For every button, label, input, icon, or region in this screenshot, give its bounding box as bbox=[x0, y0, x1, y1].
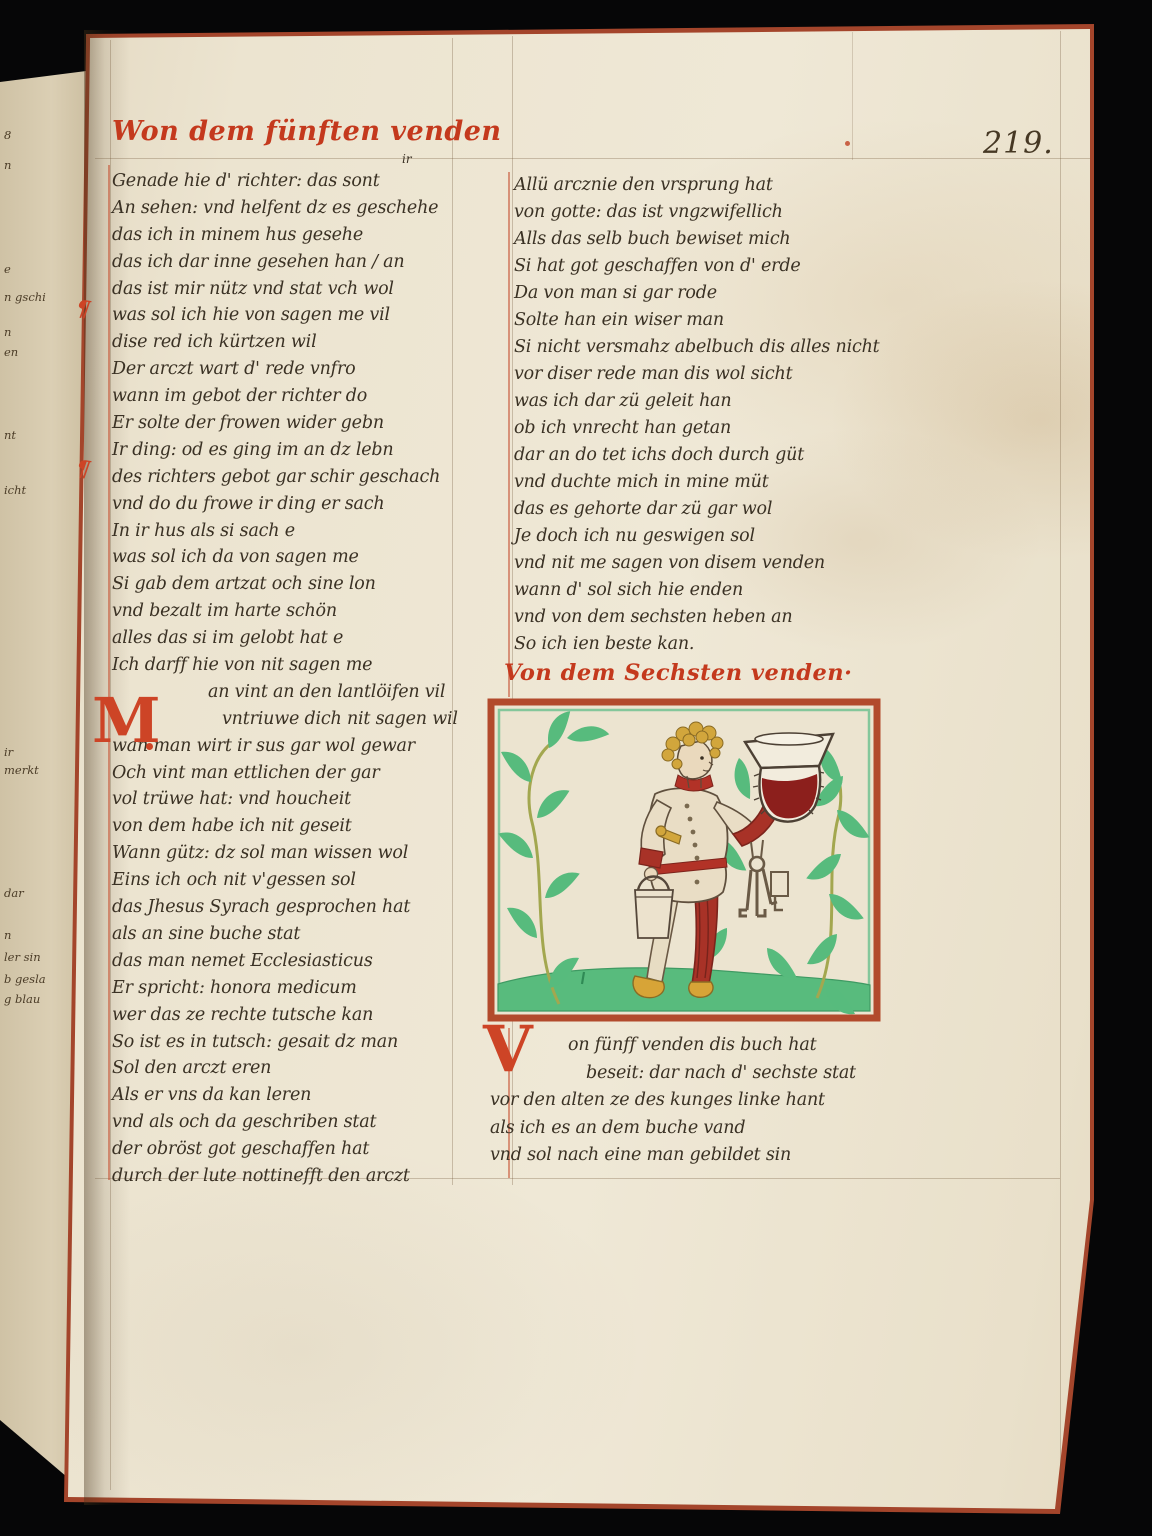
verse-line: Als er vns da kan leren bbox=[112, 1082, 457, 1109]
red-bounding-line-right-upper bbox=[508, 172, 510, 697]
right-column-bottom-lines: on fünff venden dis buch hatbeseit: dar … bbox=[490, 1032, 1050, 1170]
verse-line: Da von man si gar rode bbox=[514, 280, 1060, 307]
verse-line: Si hat got geschaffen von d' erde bbox=[514, 253, 1060, 280]
verse-line: Eins ich och nit v'gessen sol bbox=[112, 867, 457, 894]
shoe-right bbox=[689, 982, 713, 997]
verse-line: der obröst got geschaffen hat bbox=[112, 1136, 457, 1163]
verse-line: vor diser rede man dis wol sicht bbox=[514, 361, 1060, 388]
verse-line: das ich in minem hus gesehe bbox=[112, 222, 457, 249]
red-bounding-line-left bbox=[108, 165, 110, 1180]
ruling-line-col2-right bbox=[1060, 31, 1061, 1491]
verse-line: alles das si im gelobt hat e bbox=[112, 625, 457, 652]
manuscript-photo: 8nen gschinenntichtirmerktdarnler sinb g… bbox=[0, 0, 1152, 1536]
ruling-line-col1-left bbox=[110, 40, 111, 1490]
marginalia-fragment: n bbox=[4, 928, 11, 942]
verse-line: Si gab dem artzat och sine lon bbox=[112, 571, 457, 598]
chapter-heading-fifth: Won dem fünften venden bbox=[112, 116, 502, 147]
verse-line: als ich es an dem buche vand bbox=[490, 1115, 1050, 1143]
verse-line: wer das ze rechte tutsche kan bbox=[112, 1002, 457, 1029]
verse-line: vnd von dem sechsten heben an bbox=[514, 604, 1060, 631]
verse-line: Wann gütz: dz sol man wissen wol bbox=[112, 840, 457, 867]
verse-line: wann d' sol sich hie enden bbox=[514, 577, 1060, 604]
verse-line: vnd als och da geschriben stat bbox=[112, 1109, 457, 1136]
chapter-heading-sixth: Von dem Sechsten venden· bbox=[504, 660, 852, 686]
verse-line: das man nemet Ecclesiasticus bbox=[112, 948, 457, 975]
miniature-physician bbox=[487, 698, 881, 1024]
verse-line: vnd bezalt im harte schön bbox=[112, 598, 457, 625]
verse-line: durch der lute nottinefft den arczt bbox=[112, 1163, 457, 1190]
marginalia-fragment: g blau bbox=[4, 992, 40, 1006]
verse-line: ob ich vnrecht han getan bbox=[514, 415, 1060, 442]
verse-line: Der arczt wart d' rede vnfro bbox=[112, 356, 457, 383]
marginalia-fragment: e bbox=[4, 262, 11, 276]
marginalia-fragment: ir bbox=[4, 745, 13, 759]
verse-line: Ich darff hie von nit sagen me bbox=[112, 652, 457, 679]
red-ink-dot bbox=[845, 141, 850, 146]
marginalia-fragment: merkt bbox=[4, 763, 39, 777]
verse-line: Alls das selb buch bewiset mich bbox=[514, 226, 1060, 253]
verse-line: Ir ding: od es ging im an dz lebn bbox=[112, 437, 457, 464]
verse-line: vor den alten ze des kunges linke hant bbox=[490, 1087, 1050, 1115]
verse-line: wann im gebot der richter do bbox=[112, 383, 457, 410]
verse-line: das ich dar inne gesehen han / an bbox=[112, 249, 457, 276]
marginalia-fragment: n bbox=[4, 325, 11, 339]
interlinear-insertion: ir bbox=[402, 152, 412, 166]
verse-line: das Jhesus Syrach gesprochen hat bbox=[112, 894, 457, 921]
verse-line: was ich dar zü geleit han bbox=[514, 388, 1060, 415]
verse-line: von gotte: das ist vngzwifellich bbox=[514, 199, 1060, 226]
red-cuff bbox=[639, 848, 663, 868]
marginalia-fragment: dar bbox=[4, 886, 24, 900]
verse-line: als an sine buche stat bbox=[112, 921, 457, 948]
ruling-line-top bbox=[95, 158, 1090, 159]
marginalia-fragment: n gschi bbox=[4, 290, 46, 304]
marginalia-fragment: n bbox=[4, 158, 11, 172]
marginalia-fragment: icht bbox=[4, 483, 26, 497]
verse-line: So ich ien beste kan. bbox=[514, 631, 1060, 658]
verse-line: Genade hie d' richter: das sont bbox=[112, 168, 457, 195]
verse-line: vol trüwe hat: vnd houcheit bbox=[112, 786, 457, 813]
marginalia-fragment: ler sin bbox=[4, 950, 41, 964]
verse-line: Si nicht versmahz abelbuch dis alles nic… bbox=[514, 334, 1060, 361]
marginalia-fragment: 8 bbox=[4, 128, 11, 142]
verse-line: das es gehorte dar zü gar wol bbox=[514, 496, 1060, 523]
belt-pendant-knob bbox=[656, 826, 666, 836]
verse-line: des richters gebot gar schir geschach bbox=[112, 464, 457, 491]
verse-line: wan man wirt ir sus gar wol gewar bbox=[112, 733, 457, 760]
verse-line: An sehen: vnd helfent dz es geschehe bbox=[112, 195, 457, 222]
verse-line: Er solte der frowen wider gebn bbox=[112, 410, 457, 437]
verse-line: on fünff venden dis buch hat bbox=[490, 1032, 1050, 1060]
marginalia-fragment: b gesla bbox=[4, 972, 46, 986]
verse-line: Er spricht: honora medicum bbox=[112, 975, 457, 1002]
verse-line: vnd nit me sagen von disem venden bbox=[514, 550, 1060, 577]
verse-line: vnd sol nach eine man gebildet sin bbox=[490, 1142, 1050, 1170]
verse-line: das ist mir nütz vnd stat vch wol bbox=[112, 276, 457, 303]
verse-line: Och vint man ettlichen der gar bbox=[112, 760, 457, 787]
eye bbox=[700, 756, 704, 760]
page-number: 219. bbox=[983, 126, 1054, 161]
head bbox=[677, 741, 711, 779]
red-initial-m: M bbox=[92, 690, 161, 752]
marginalia-fragment: en bbox=[4, 345, 18, 359]
verse-line: was sol ich da von sagen me bbox=[112, 544, 457, 571]
verse-line: vnd do du frowe ir ding er sach bbox=[112, 491, 457, 518]
verse-line: von dem habe ich nit geseit bbox=[112, 813, 457, 840]
verse-line: vnd duchte mich in mine müt bbox=[514, 469, 1060, 496]
verse-line: So ist es in tutsch: gesait dz man bbox=[112, 1029, 457, 1056]
verse-line: In ir hus als si sach e bbox=[112, 518, 457, 545]
verse-line: Sol den arczt eren bbox=[112, 1055, 457, 1082]
verse-line: Je doch ich nu geswigen sol bbox=[514, 523, 1060, 550]
verse-line: dise red ich kürtzen wil bbox=[112, 329, 457, 356]
left-column-lines: Genade hie d' richter: das sontAn sehen:… bbox=[112, 168, 457, 1190]
verse-line: Solte han ein wiser man bbox=[514, 307, 1060, 334]
verse-line: Allü arcznie den vrsprung hat bbox=[514, 172, 1060, 199]
verse-line: vntriuwe dich nit sagen wil bbox=[112, 706, 457, 733]
right-column-lines: Allü arcznie den vrsprung hatvon gotte: … bbox=[514, 172, 1060, 658]
verse-line: beseit: dar nach d' sechste stat bbox=[490, 1060, 1050, 1088]
verse-line: dar an do tet ichs doch durch güt bbox=[514, 442, 1060, 469]
marginalia-fragment: nt bbox=[4, 428, 16, 442]
verse-line: was sol ich hie von sagen me vil bbox=[112, 302, 457, 329]
ruling-line-aux bbox=[852, 32, 853, 160]
verse-line: an vint an den lantlöifen vil bbox=[112, 679, 457, 706]
